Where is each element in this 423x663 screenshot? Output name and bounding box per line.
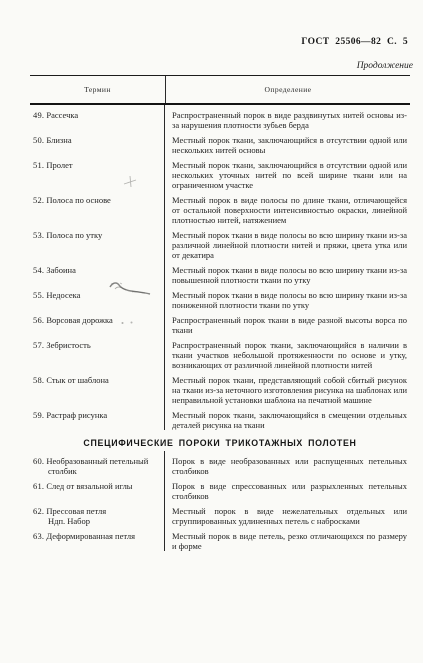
table-row: 55. Недосека Местный порок ткани в виде … bbox=[30, 285, 410, 310]
definition-text: Местный порок ткани, представляющий собо… bbox=[172, 375, 407, 405]
term-text: Растраф рисунка bbox=[46, 410, 107, 420]
term-number: 58. bbox=[33, 375, 44, 385]
term-text: Пролет bbox=[46, 160, 72, 170]
definition-cell: Местный порок ткани, заключающийся в отс… bbox=[165, 155, 410, 190]
column-header-definition: Определение bbox=[166, 76, 410, 103]
definition-text: Местный порок ткани в виде полосы во всю… bbox=[172, 230, 407, 260]
table-row: 56. Ворсовая дорожка Распространенный по… bbox=[30, 310, 410, 335]
definition-text: Распространенный порок ткани в виде разн… bbox=[172, 315, 407, 335]
continuation-label: Продолжение bbox=[357, 61, 413, 71]
table-row: 61. След от вязальной иглы Порок в виде … bbox=[30, 476, 410, 501]
terms-definitions-table: Термин Определение 49. Рассечка Распрост… bbox=[30, 75, 410, 551]
definition-cell: Распространенный порок ткани, заключающи… bbox=[165, 335, 410, 370]
term-number: 52. bbox=[33, 195, 44, 205]
term-number: 63. bbox=[33, 531, 44, 541]
table-row: 50. Близна Местный порок ткани, заключаю… bbox=[30, 130, 410, 155]
definition-cell: Местный порок ткани в виде полосы во всю… bbox=[165, 260, 410, 285]
table-row: 52. Полоса по основе Местный порок в вид… bbox=[30, 190, 410, 225]
term-text: Полоса по основе bbox=[46, 195, 110, 205]
term-cell: 56. Ворсовая дорожка bbox=[30, 310, 165, 335]
term-cell: 55. Недосека bbox=[30, 285, 165, 310]
term-text: Прессовая петля bbox=[46, 506, 106, 516]
table-row: 62. Прессовая петляНдп. Набор Местный по… bbox=[30, 501, 410, 526]
term-cell: 54. Забоина bbox=[30, 260, 165, 285]
definition-cell: Местный порок ткани в виде полосы во всю… bbox=[165, 285, 410, 310]
term-text: Зебристость bbox=[46, 340, 90, 350]
definition-text: Распространенный порок ткани, заключающи… bbox=[172, 340, 407, 370]
definition-cell: Порок в виде спрессованных или разрыхлен… bbox=[165, 476, 410, 501]
section-header-knitted-fabrics: СПЕЦИФИЧЕСКИЕ ПОРОКИ ТРИКОТАЖНЫХ ПОЛОТЕН bbox=[30, 430, 410, 451]
term-text: Рассечка bbox=[46, 110, 78, 120]
definition-cell: Местный порок ткани, заключающийся в отс… bbox=[165, 130, 410, 155]
definition-text: Местный порок ткани в виде полосы во всю… bbox=[172, 290, 407, 310]
term-number: 50. bbox=[33, 135, 44, 145]
definition-text: Местный порок ткани, заключающийся в отс… bbox=[172, 135, 407, 155]
term-number: 56. bbox=[33, 315, 44, 325]
table-row: 59. Растраф рисунка Местный порок ткани,… bbox=[30, 405, 410, 430]
definition-cell: Местный порок в виде петель, резко отлич… bbox=[165, 526, 410, 551]
term-cell: 58. Стык от шаблона bbox=[30, 370, 165, 405]
term-text: Забоина bbox=[46, 265, 75, 275]
term-cell: 57. Зебристость bbox=[30, 335, 165, 370]
term-text: След от вязальной иглы bbox=[46, 481, 132, 491]
term-text: Близна bbox=[46, 135, 71, 145]
term-cell: 52. Полоса по основе bbox=[30, 190, 165, 225]
term-number: 60. bbox=[33, 456, 44, 466]
definition-cell: Местный порок в виде нежелательных отдел… bbox=[165, 501, 410, 526]
term-cell: 51. Пролет bbox=[30, 155, 165, 190]
table-row: 63. Деформированная петля Местный порок … bbox=[30, 526, 410, 551]
term-number: 49. bbox=[33, 110, 44, 120]
table-row: 53. Полоса по утку Местный порок ткани в… bbox=[30, 225, 410, 260]
term-cell: 59. Растраф рисунка bbox=[30, 405, 165, 430]
term-text: Необразованный петельный столбик bbox=[46, 456, 148, 476]
term-number: 59. bbox=[33, 410, 44, 420]
definition-text: Порок в виде необразованных или распущен… bbox=[172, 456, 407, 476]
term-cell: 60. Необразованный петельный столбик bbox=[30, 451, 165, 476]
term-number: 61. bbox=[33, 481, 44, 491]
definition-text: Местный порок ткани, заключающийся в сме… bbox=[172, 410, 407, 430]
term-cell: 50. Близна bbox=[30, 130, 165, 155]
definition-cell: Распространенный порок в виде раздвинуты… bbox=[165, 105, 410, 130]
table-row: 60. Необразованный петельный столбик Пор… bbox=[30, 451, 410, 476]
term-inadmissible-synonym: Ндп. Набор bbox=[48, 516, 90, 526]
table-row: 58. Стык от шаблона Местный порок ткани,… bbox=[30, 370, 410, 405]
term-number: 53. bbox=[33, 230, 44, 240]
definition-cell: Местный порок ткани, заключающийся в сме… bbox=[165, 405, 410, 430]
term-cell: 53. Полоса по утку bbox=[30, 225, 165, 260]
term-cell: 49. Рассечка bbox=[30, 105, 165, 130]
term-number: 55. bbox=[33, 290, 44, 300]
definition-cell: Местный порок ткани, представляющий собо… bbox=[165, 370, 410, 405]
document-page: ГОСТ 25506—82 С. 5 Продолжение Термин Оп… bbox=[0, 0, 423, 663]
table-row: 51. Пролет Местный порок ткани, заключаю… bbox=[30, 155, 410, 190]
term-number: 54. bbox=[33, 265, 44, 275]
definition-text: Местный порок ткани в виде полосы во всю… bbox=[172, 265, 407, 285]
term-text: Полоса по утку bbox=[46, 230, 102, 240]
term-cell: 62. Прессовая петляНдп. Набор bbox=[30, 501, 165, 526]
definition-text: Местный порок в виде петель, резко отлич… bbox=[172, 531, 407, 551]
term-cell: 63. Деформированная петля bbox=[30, 526, 165, 551]
table-row: 54. Забоина Местный порок ткани в виде п… bbox=[30, 260, 410, 285]
definition-cell: Местный порок ткани в виде полосы во всю… bbox=[165, 225, 410, 260]
table-row: 49. Рассечка Распространенный порок в ви… bbox=[30, 105, 410, 130]
term-text: Деформированная петля bbox=[46, 531, 135, 541]
definition-cell: Порок в виде необразованных или распущен… bbox=[165, 451, 410, 476]
definition-cell: Распространенный порок ткани в виде разн… bbox=[165, 310, 410, 335]
definition-text: Местный порок в виде нежелательных отдел… bbox=[172, 506, 407, 526]
definition-text: Местный порок в виде полосы по длине тка… bbox=[172, 195, 407, 225]
term-text: Стык от шаблона bbox=[46, 375, 108, 385]
term-cell: 61. След от вязальной иглы bbox=[30, 476, 165, 501]
table-header-row: Термин Определение bbox=[30, 76, 410, 105]
definition-text: Местный порок ткани, заключающийся в отс… bbox=[172, 160, 407, 190]
definition-text: Порок в виде спрессованных или разрыхлен… bbox=[172, 481, 407, 501]
term-text: Недосека bbox=[46, 290, 80, 300]
definition-cell: Местный порок в виде полосы по длине тка… bbox=[165, 190, 410, 225]
term-number: 51. bbox=[33, 160, 44, 170]
document-reference: ГОСТ 25506—82 С. 5 bbox=[301, 37, 408, 47]
definition-text: Распространенный порок в виде раздвинуты… bbox=[172, 110, 407, 130]
term-text: Ворсовая дорожка bbox=[46, 315, 112, 325]
term-number: 62. bbox=[33, 506, 44, 516]
term-number: 57. bbox=[33, 340, 44, 350]
table-row: 57. Зебристость Распространенный порок т… bbox=[30, 335, 410, 370]
column-header-term: Термин bbox=[30, 76, 166, 103]
